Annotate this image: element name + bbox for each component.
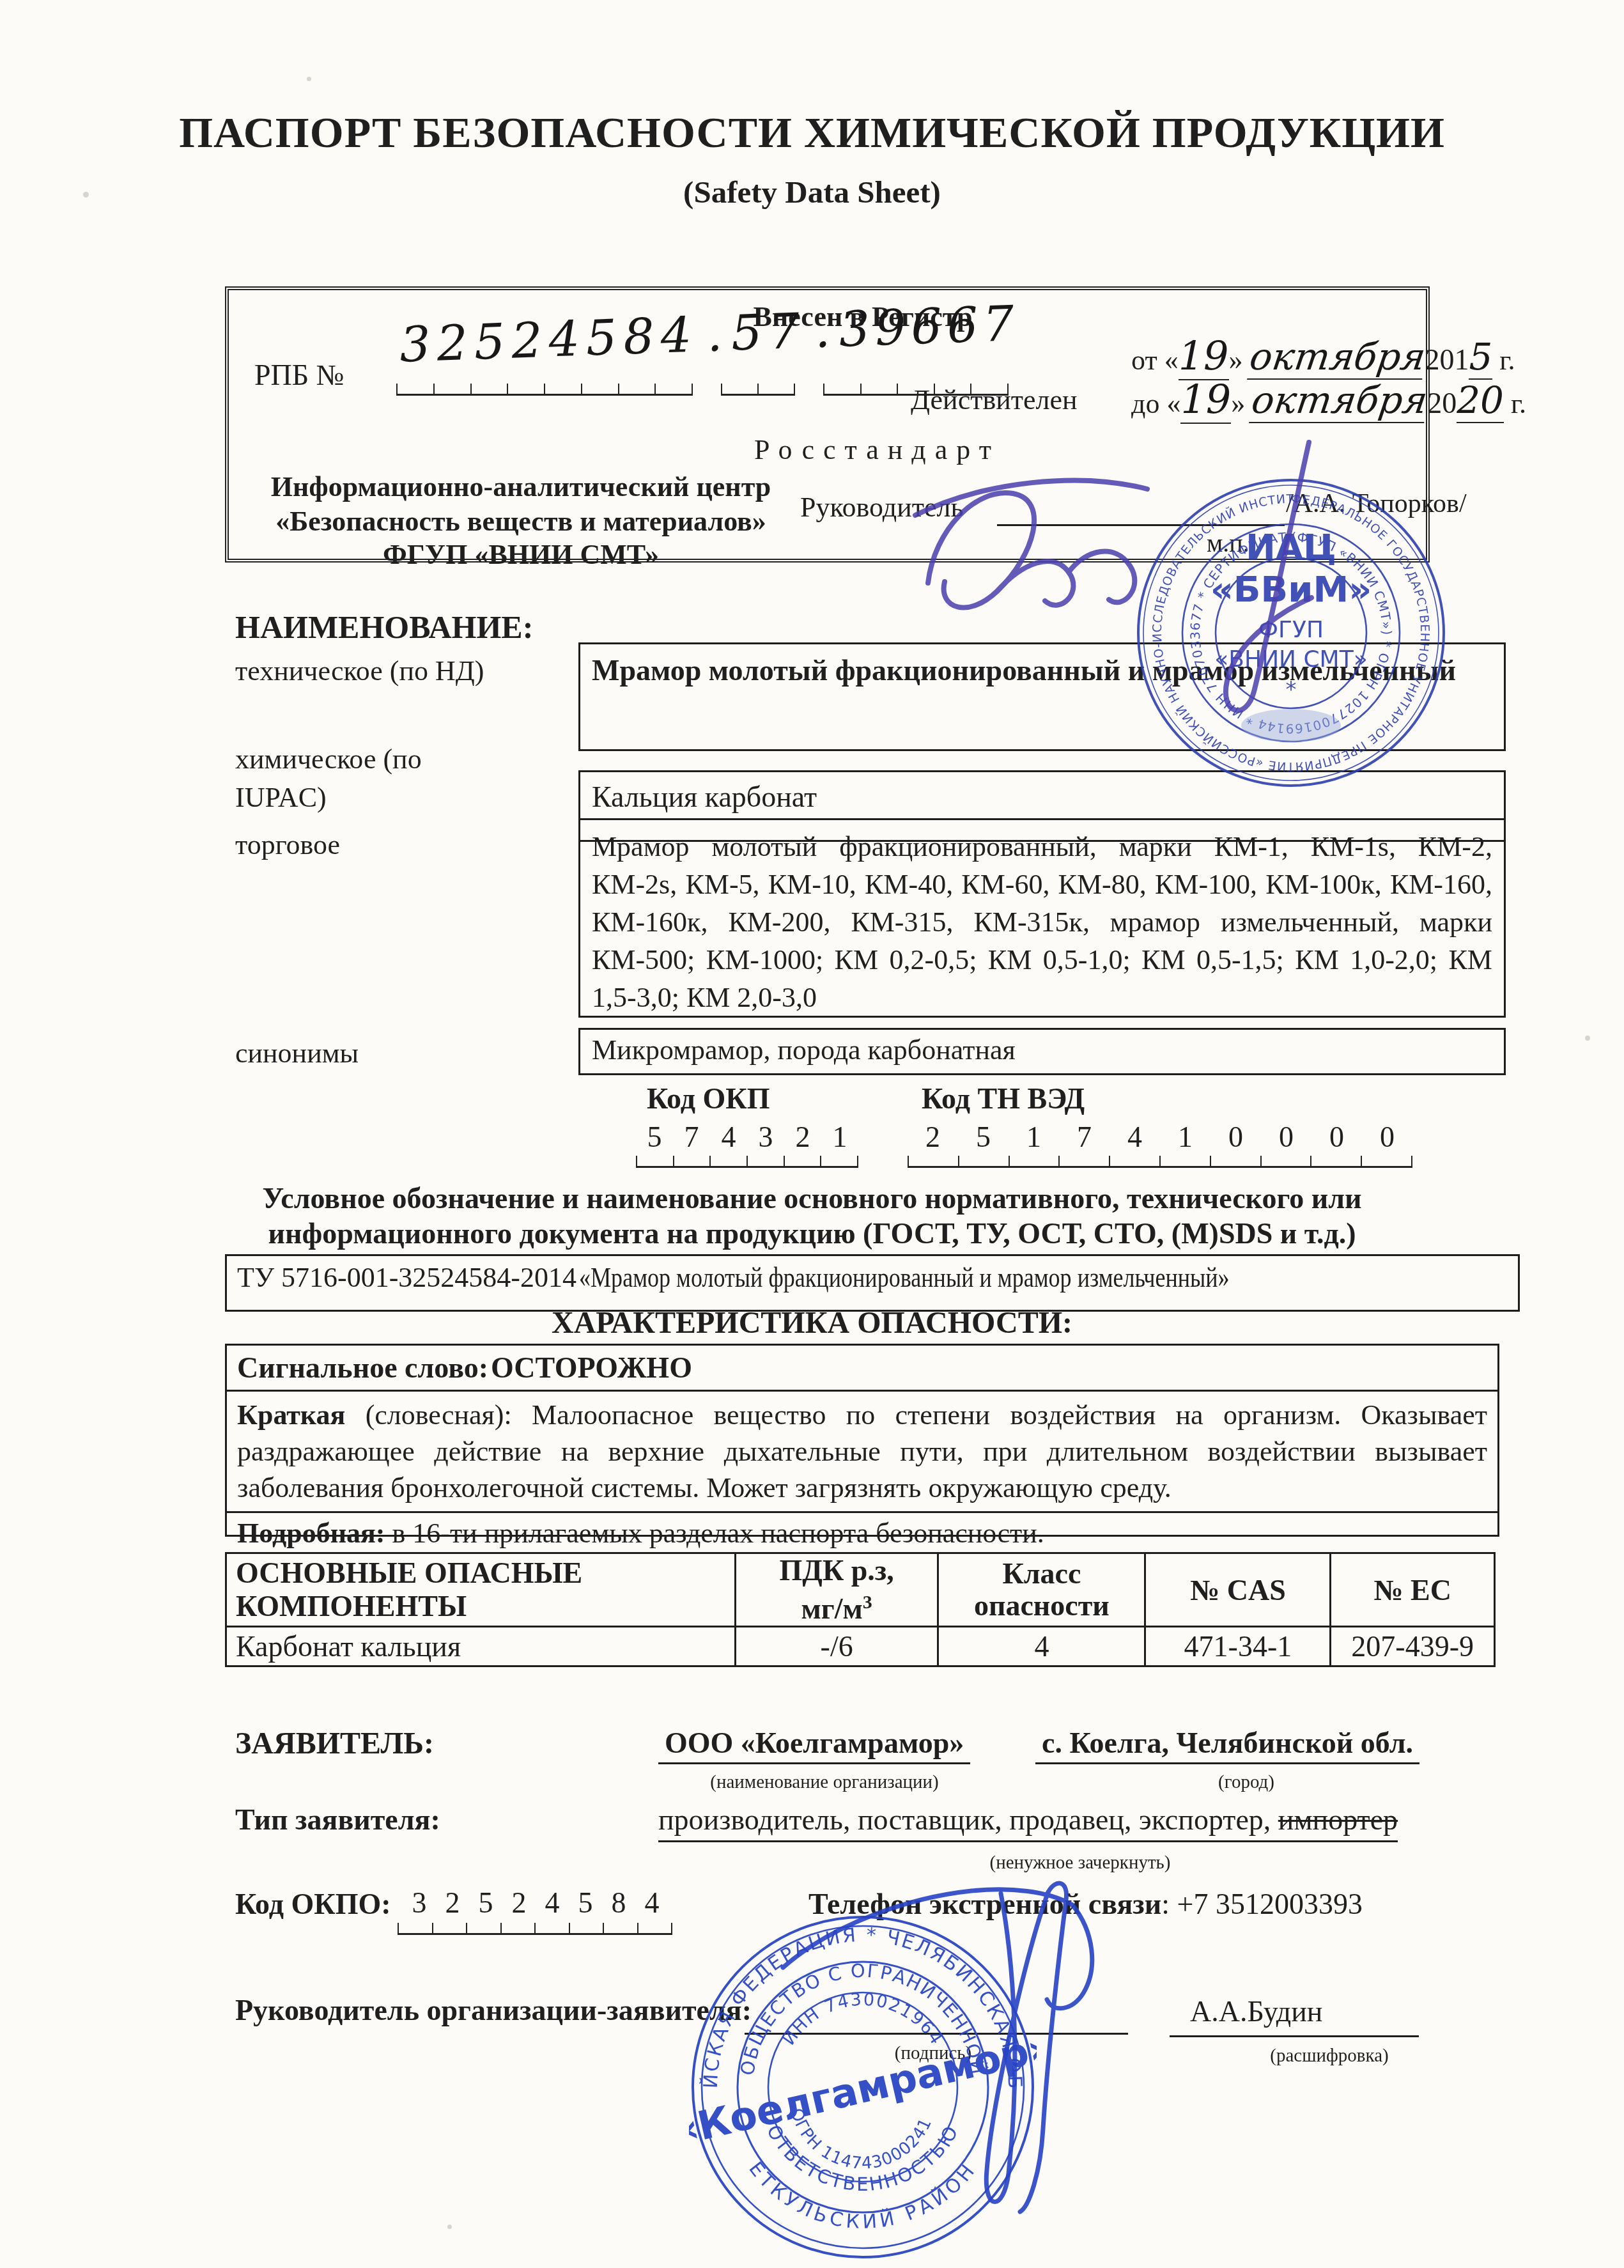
okp-digit: 2 [796, 1120, 810, 1154]
valid-date-line: до «19» октября2020 г. [1131, 376, 1526, 423]
valid-year-printed: 20 [1427, 387, 1457, 419]
safety-data-sheet-page: ПАСПОРТ БЕЗОПАСНОСТИ ХИМИЧЕСКОЙ ПРОДУКЦИ… [0, 0, 1624, 2268]
registry-org-line2: «Безопасность веществ и материалов» [243, 505, 799, 538]
valid-year-suffix: г. [1511, 388, 1526, 419]
component-class-cell: 4 [1034, 1630, 1049, 1663]
scan-speck [1585, 1036, 1590, 1041]
scan-speck [307, 77, 311, 81]
okpo-digit: 4 [645, 1886, 660, 1920]
issued-quote-open: « [1164, 345, 1179, 376]
scan-speck [447, 2225, 452, 2229]
applicant-head-label: Руководитель организации-заявителя: [235, 1993, 752, 2027]
hazard-heading: ХАРАКТЕРИСТИКА ОПАСНОСТИ: [0, 1305, 1624, 1340]
component-pdk-cell: -/6 [821, 1630, 853, 1663]
applicant-city-caption: (город) [1087, 1772, 1406, 1793]
naming-heading: НАИМЕНОВАНИЕ: [235, 609, 533, 646]
hazard-components-table: ОСНОВНЫЕ ОПАСНЫЕ КОМПОНЕНТЫ ПДК р.з, мг/… [225, 1552, 1496, 1667]
applicant-head-name: А.А.Будин [1190, 1994, 1322, 2028]
okpo-digits: 3 2 5 2 4 5 8 4 [403, 1886, 669, 1920]
company-round-stamp: РОССИЙСКАЯ ФЕДЕРАЦИЯ * ЧЕЛЯБИНСКАЯ ОБЛАС… [689, 1913, 1037, 2261]
applicant-types-caption: (ненужное зачеркнуть) [914, 1852, 1246, 1874]
registry-head-label: Руководитель [800, 491, 964, 524]
pdk-header-line1: ПДК р.з, [779, 1554, 893, 1587]
applicant-type-label: Тип заявителя: [235, 1803, 440, 1837]
registry-stamp-center4: «ВНИИ СМТ» [1214, 646, 1367, 672]
tnved-digit: 1 [1026, 1120, 1041, 1154]
issued-month-handwritten: октября [1247, 335, 1428, 380]
valid-label: Действителен [911, 384, 1078, 416]
component-ec-cell: 207-439-9 [1351, 1630, 1474, 1663]
class-header-line2: опасности [974, 1589, 1110, 1622]
valid-month-handwritten: октября [1249, 378, 1430, 423]
ec-header: № ЕС [1373, 1574, 1451, 1606]
name-caption: (расшифровка) [1233, 2046, 1425, 2067]
applicant-org-caption: (наименование организации) [658, 1772, 991, 1793]
company-stamp-center-name: «Коелгамрамор» [689, 2022, 1037, 2155]
issued-day-handwritten: 19 [1179, 332, 1229, 380]
okp-digit: 4 [722, 1120, 736, 1154]
rpb-dot: . [706, 305, 723, 362]
components-header: ОСНОВНЫЕ ОПАСНЫЕ КОМПОНЕНТЫ [236, 1557, 582, 1622]
registry-stamp-asterisk: * [1286, 677, 1297, 703]
document-subtitle: (Safety Data Sheet) [0, 174, 1624, 210]
class-header-line1: Класс [1002, 1557, 1081, 1590]
tnved-digit: 0 [1380, 1120, 1395, 1154]
naming-synonyms-label: синонимы [235, 1037, 359, 1069]
valid-day-handwritten: 19 [1180, 376, 1231, 424]
valid-quote-close: » [1231, 388, 1245, 419]
tnved-digit: 7 [1077, 1120, 1092, 1154]
normative-doc-box: ТУ 5716-001-32524584-2014 «Мрамор молоты… [225, 1254, 1520, 1312]
cas-header: № CAS [1190, 1574, 1286, 1606]
component-cas-cell: 471-34-1 [1184, 1630, 1292, 1663]
normative-doc-name: «Мрамор молотый фракционированный и мрам… [579, 1261, 1230, 1294]
issued-year-handwritten: 5 [1469, 335, 1492, 380]
okpo-digit: 5 [578, 1886, 593, 1920]
hazard-brief-label: Краткая [237, 1399, 345, 1431]
naming-trade-label: торговое [235, 828, 340, 861]
hazard-brief-sublabel: (словесная): [366, 1399, 512, 1431]
rpb-dot: . [814, 301, 831, 359]
issued-prefix: от [1131, 345, 1157, 376]
okpo-comb [398, 1923, 672, 1935]
applicant-types: производитель, поставщик, продавец, эксп… [658, 1803, 1398, 1842]
okpo-digit: 3 [412, 1886, 427, 1920]
okpo-digit: 8 [612, 1886, 626, 1920]
tnved-comb [908, 1156, 1412, 1168]
okpo-digit: 5 [479, 1886, 493, 1920]
rosstandart-label: Росстандарт [754, 433, 1000, 466]
tnved-digit: 5 [976, 1120, 991, 1154]
hazard-box: Сигнальное слово: ОСТОРОЖНО Краткая (сло… [225, 1344, 1499, 1537]
tnved-digits: 2 5 1 7 4 1 0 0 0 0 [908, 1120, 1412, 1154]
okpo-digit: 2 [512, 1886, 527, 1920]
stamp-ink-smudge [1241, 709, 1341, 742]
okp-comb [636, 1156, 858, 1168]
applicant-org-name: ООО «Коелгамрамор» [658, 1726, 970, 1764]
registry-org-line3: ФГУП «ВНИИ СМТ» [243, 538, 799, 571]
applicant-label: ЗАЯВИТЕЛЬ: [235, 1726, 434, 1761]
registry-org-line1: Информационно-аналитический центр [243, 470, 799, 503]
rpb-number-label: РПБ № [254, 358, 344, 392]
naming-synonyms-value: Микромрамор, порода карбонатная [592, 1034, 1016, 1066]
registry-round-stamp: ФЕДЕРАЛЬНОЕ ГОСУДАРСТВЕННОЕ УНИТАРНОЕ ПР… [1134, 476, 1448, 789]
hazard-detailed-label: Подробная: [237, 1518, 385, 1549]
tnved-digit: 0 [1329, 1120, 1344, 1154]
name-line [1170, 2034, 1419, 2037]
issued-date-line: от «19» октября2015 г. [1131, 332, 1515, 380]
issued-year-printed: 201 [1425, 343, 1469, 376]
applicant-types-active: производитель, поставщик, продавец, эксп… [658, 1803, 1271, 1836]
naming-chemical-value: Кальция карбонат [592, 781, 817, 813]
tnved-digit: 4 [1127, 1120, 1142, 1154]
okp-code-label: Код ОКП [647, 1082, 769, 1115]
okpo-label: Код ОКПО: [235, 1887, 391, 1921]
okpo-digit: 4 [545, 1886, 560, 1920]
rpb-group-2: 57 [730, 302, 807, 362]
issued-year-suffix: г. [1499, 345, 1515, 376]
applicant-city: с. Коелга, Челябинской обл. [1035, 1726, 1419, 1764]
valid-quote-open: « [1166, 388, 1180, 419]
registry-stamp-center2: «БВиМ» [1210, 569, 1372, 610]
registry-stamp-center1: ИАЦ [1246, 527, 1336, 568]
okp-digits: 5 7 4 3 2 1 [636, 1120, 858, 1154]
naming-technical-label: техническое (по НД) [235, 655, 542, 687]
naming-trade-value: Мрамор молотый фракционированный, марки … [592, 828, 1492, 1016]
tnved-digit: 0 [1228, 1120, 1243, 1154]
rpb-group-3: 39667 [838, 295, 1020, 358]
tnved-code-label: Код ТН ВЭД [922, 1082, 1085, 1115]
hazard-detailed-text: в 16-ти прилагаемых разделах паспорта бе… [392, 1518, 1044, 1549]
rpb-group-1: 32524584 [399, 306, 699, 373]
pdk-header-line2: мг/м [801, 1592, 862, 1625]
okp-digit: 7 [684, 1120, 699, 1154]
rpb-comb-2 [721, 384, 795, 396]
document-title: ПАСПОРТ БЕЗОПАСНОСТИ ХИМИЧЕСКОЙ ПРОДУКЦИ… [0, 107, 1624, 158]
tnved-digit: 2 [925, 1120, 940, 1154]
valid-prefix: до [1131, 388, 1159, 419]
okpo-digit: 2 [445, 1886, 460, 1920]
okp-digit: 3 [759, 1120, 773, 1154]
applicant-type-struck: импортер [1278, 1803, 1398, 1836]
issued-quote-close: » [1229, 345, 1243, 376]
normative-heading-line1: Условное обозначение и наименование осно… [0, 1181, 1624, 1215]
tnved-digit: 1 [1178, 1120, 1193, 1154]
registry-stamp-center3: ФГУП [1258, 617, 1324, 643]
naming-chemical-label: химическое (по IUPAC) [235, 740, 516, 817]
table-row: Карбонат кальция -/6 4 471-34-1 207-439-… [226, 1627, 1495, 1666]
normative-doc-code: ТУ 5716-001-32524584-2014 [237, 1262, 576, 1293]
valid-year-handwritten: 20 [1457, 378, 1504, 423]
tnved-digit: 0 [1279, 1120, 1294, 1154]
normative-heading-line2: информационного документа на продукцию (… [0, 1216, 1624, 1250]
rpb-comb-1 [396, 384, 693, 396]
hazard-signal-label: Сигнальное слово: [237, 1351, 488, 1384]
okp-digit: 1 [833, 1120, 847, 1154]
okp-digit: 5 [647, 1120, 662, 1154]
pdk-header-sup: 3 [863, 1592, 872, 1613]
component-name-cell: Карбонат кальция [236, 1630, 461, 1663]
emergency-phone-value: : +7 3512003393 [1161, 1888, 1363, 1920]
hazard-signal-word: ОСТОРОЖНО [491, 1351, 692, 1384]
